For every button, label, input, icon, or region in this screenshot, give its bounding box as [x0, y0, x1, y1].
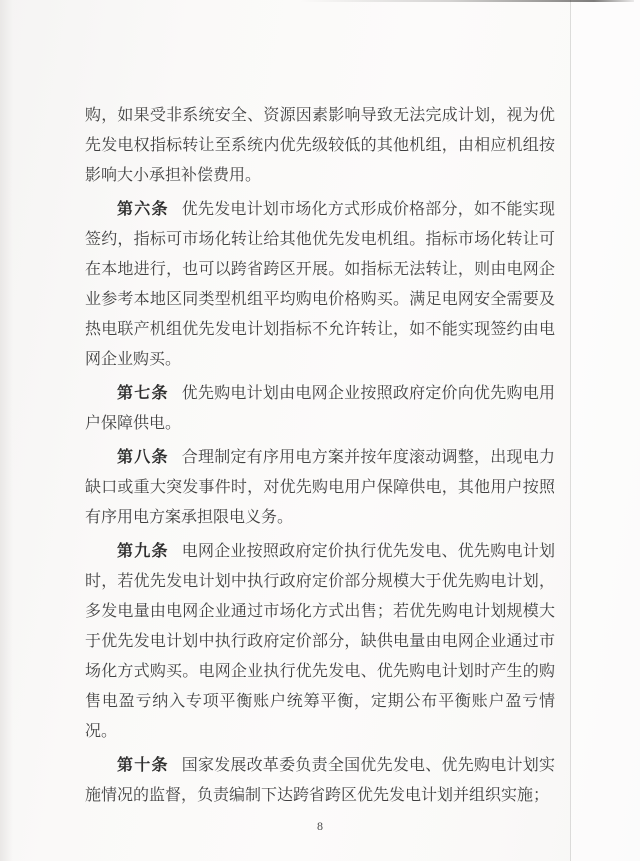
article-number: 第九条	[117, 543, 169, 560]
page-right-margin	[571, 0, 640, 861]
document-text-block: 购，如果受非系统安全、资源因素影响导致无法完成计划，视为优先发电权指标转让至系统…	[85, 101, 555, 815]
paragraph: 购，如果受非系统安全、资源因素影响导致无法完成计划，视为优先发电权指标转让至系统…	[85, 101, 555, 191]
paragraph: 第十条国家发展改革委负责全国优先发电、优先购电计划实施情况的监督，负责编制下达跨…	[85, 751, 555, 811]
article-number: 第六条	[117, 201, 169, 218]
page-right-edge-line	[570, 0, 571, 861]
scanned-document-page: 购，如果受非系统安全、资源因素影响导致无法完成计划，视为优先发电权指标转让至系统…	[0, 0, 640, 861]
paragraph: 第七条优先购电计划由电网企业按照政府定价向优先购电用户保障供电。	[85, 379, 555, 439]
paragraph-text: 优先发电计划市场化方式形成价格部分，如不能实现签约，指标可市场化转让给其他优先发…	[85, 201, 555, 368]
page-left-edge-shadow	[0, 0, 13, 861]
paragraph-text: 购，如果受非系统安全、资源因素影响导致无法完成计划，视为优先发电权指标转让至系统…	[85, 107, 555, 184]
paragraph: 第九条电网企业按照政府定价执行优先发电、优先购电计划时，若优先发电计划中执行政府…	[85, 537, 555, 747]
page-top-edge-shadow	[300, 0, 634, 2]
page-number: 8	[0, 819, 640, 834]
paragraph: 第六条优先发电计划市场化方式形成价格部分，如不能实现签约，指标可市场化转让给其他…	[85, 195, 555, 375]
paragraph-text: 电网企业按照政府定价执行优先发电、优先购电计划时，若优先发电计划中执行政府定价部…	[85, 543, 555, 740]
article-number: 第八条	[117, 449, 169, 466]
paragraph: 第八条合理制定有序用电方案并按年度滚动调整，出现电力缺口或重大突发事件时，对优先…	[85, 443, 555, 533]
article-number: 第七条	[117, 385, 169, 402]
article-number: 第十条	[117, 757, 169, 774]
